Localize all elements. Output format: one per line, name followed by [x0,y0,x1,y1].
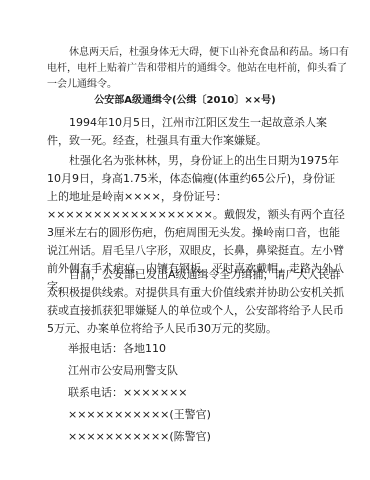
text-line: 件，致一死。经查，杜强具有重大作案嫌疑。 [47,132,337,150]
report-phone: 举报电话：各地110 [68,340,166,358]
text-line: 目前，公安部已发出A级通缉令全力缉捕，请广大人民群 [47,266,337,284]
text-line: 电杆，电杆上贴着广告和带相片的通缉令。他站在电杆前，仰头看了 [47,61,327,77]
reward-paragraph: 目前，公安部已发出A级通缉令全力缉捕，请广大人民群 众积极提供线索。对提供具有重… [47,266,337,338]
case-paragraph: 1994年10月5日，江州市江阳区发生一起故意杀人案 件，致一死。经查，杜强具有… [47,114,337,150]
contact-phone: 联系电话：××××××× [68,384,188,402]
intro-paragraph: 休息两天后，杜强身体无大碍，便下山补充食品和药品。场口有 电杆，电杆上贴着广告和… [47,45,327,93]
officer-wang-phone: ×××××××××××(王警官) [68,406,211,424]
text-line: 一会儿通缉令。 [47,77,327,93]
text-line: 众积极提供线索。对提供具有重大价值线索并协助公安机关抓 [47,284,337,302]
text-line: 说江州话。眉毛呈八字形，双眼皮，长鼻，鼻梁挺直。左小臂 [47,242,337,260]
text-line: 1994年10月5日，江州市江阳区发生一起故意杀人案 [47,114,337,132]
text-line: 3厘米左右的圆形伤疤，伤疤周围无头发。操岭南口音，也能 [47,224,337,242]
text-line: 上的地址是岭南××××，身份证号： [47,188,337,206]
police-unit: 江州市公安局刑警支队 [68,362,178,380]
text-line: 休息两天后，杜强身体无大碍，便下山补充食品和药品。场口有 [47,45,327,61]
text-line: 10月9日，身高1.75米，体态偏瘦(体重约65公斤)，身份证 [47,170,337,188]
notice-title: 公安部A级通缉令(公缉〔2010〕××号) [0,94,370,108]
text-line: 获或直接抓获犯罪嫌疑人的单位或个人，公安部将给予人民币 [47,302,337,320]
document-page: 休息两天后，杜强身体无大碍，便下山补充食品和药品。场口有 电杆，电杆上贴着广告和… [0,0,370,480]
text-line: ××××××××××××××××××。戴假发，额头有两个直径 [47,206,337,224]
text-line: 杜强化名为张林林，男，身份证上的出生日期为1975年 [47,152,337,170]
officer-chen-phone: ×××××××××××(陈警官) [68,428,211,446]
text-line: 5万元、办案单位将给予人民币30万元的奖励。 [47,320,337,338]
